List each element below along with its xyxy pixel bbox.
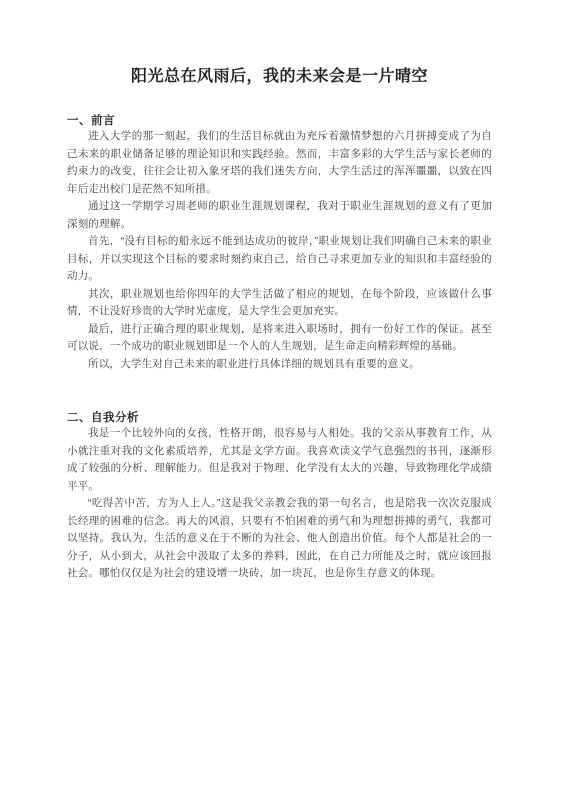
section-heading-self-analysis: 二、自我分析 [67, 411, 492, 425]
section-heading-foreword: 一、前言 [67, 114, 492, 128]
paragraph-secondly: 其次，职业规划也给你四年的大学生活做了相应的规划，在每个阶段，应该做什么事情，不… [67, 286, 492, 321]
paragraph-course: 通过这一学期学习周老师的职业生涯规划课程，我对于职业生涯规划的意义有了更加深刻的… [67, 198, 492, 233]
paragraph-personality: 我是一个比较外向的女孩，性格开朗，很容易与人相处。我的父亲从事教育工作，从小就注… [67, 425, 492, 495]
paragraph-belief: “吃得苦中苦，方为人上人。”这是我父亲教会我的第一句名言，也是陪我一次次克服成长… [67, 495, 492, 583]
document-page: 阳光总在风雨后，我的未来会是一片晴空 一、前言 进入大学的那一刻起，我们的生活目… [0, 0, 566, 800]
paragraph-firstly: 首先，“没有目标的船永远不能到达成功的彼岸，”职业规划让我们明确自己未来的职业目… [67, 233, 492, 286]
document-title: 阳光总在风雨后，我的未来会是一片晴空 [67, 66, 492, 88]
paragraph-conclusion: 所以，大学生对自己未来的职业进行具体详细的规划具有重要的意义。 [67, 356, 492, 374]
paragraph-lastly: 最后，进行正确合理的职业规划，是将来进入职场时，拥有一份好工作的保证。甚至可以说… [67, 321, 492, 356]
paragraph-intro: 进入大学的那一刻起，我们的生活目标就由为充斥着激情梦想的六月拼搏变成了为自己未来… [67, 128, 492, 198]
